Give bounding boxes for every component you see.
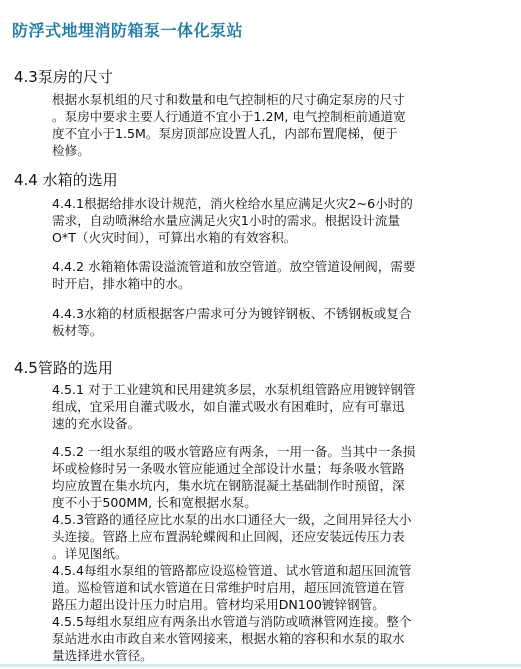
paragraph-line: 4.4.1根据给排水设计规范，消火栓给水星应满足火灾2~6小时的 [52,195,500,212]
section-heading-4-5: 4.5管路的选用 [14,357,113,378]
paragraph-4-5-1: 4.5.1 对于工业建筑和民用建筑多层，水泵机组管路应用镀锌钢管 组成，宜采用自… [52,381,500,432]
paragraph-line: 度不小于500MM, 长和宽根据水泵。 [52,494,500,511]
paragraph-line: 时开启，排水箱中的水。 [52,275,500,292]
paragraph-4-4-2: 4.4.2 水箱箱体需设溢流管道和放空管道。放空管道设闸阀，需要 时开启，排水箱… [52,258,500,292]
paragraph-4-5-4: 4.5.4每组水泵组的管路都应设巡检管道、试水管道和超压回流管 道。巡检管道和试… [52,562,500,613]
paragraph-line: 道。巡检管道和试水管道在日常维护时启用，超压回流管道在管 [52,579,500,596]
paragraph-line: 4.4.2 水箱箱体需设溢流管道和放空管道。放空管道设闸阀，需要 [52,258,500,275]
paragraph-4-5-5: 4.5.5每组水泵组应有两条出水管道与消防或喷淋管网连接。整个 泵站进水由市政自… [52,613,500,664]
paragraph-line: 4.5.4每组水泵组的管路都应设巡检管道、试水管道和超压回流管 [52,562,500,579]
paragraph-4-4-1: 4.4.1根据给排水设计规范，消火栓给水星应满足火灾2~6小时的 需求，自动喷淋… [52,195,500,246]
paragraph-4-5-2: 4.5.2 一组水泵组的吸水管路应有两条，一用一备。当其中一条损 坏或检修时另一… [52,443,500,511]
page-title: 防浮式地埋消防箱泵一体化泵站 [12,18,243,41]
paragraph-line: 板材等。 [52,322,500,339]
paragraph-line: 均应放置在集水坑内，集水坑在钢筋混凝土基础制作时预留，深 [52,477,500,494]
paragraph-4-3: 根据水泵机组的尺寸和数量和电气控制柜的尺寸确定泵房的尺寸 。泵房中要求主要人行通… [52,91,500,159]
paragraph-line: 4.5.1 对于工业建筑和民用建筑多层，水泵机组管路应用镀锌钢管 [52,381,500,398]
section-heading-4-4: 4.4 水箱的选用 [14,169,118,190]
paragraph-line: 。泵房中要求主要人行通道不宜小于1.2M, 电气控制柜前通道宽 [52,108,500,125]
paragraph-line: 。详见图纸。 [52,545,500,562]
paragraph-4-4-3: 4.4.3水箱的材质根据客户需求可分为镀锌钢板、不锈钢板或复合 板材等。 [52,305,500,339]
paragraph-line: 需求，自动喷淋给水量应满足火灾1小时的需求。根据设计流量 [52,212,500,229]
paragraph-line: 根据水泵机组的尺寸和数量和电气控制柜的尺寸确定泵房的尺寸 [52,91,500,108]
paragraph-line: 泵站进水由市政自来水管网接来，根据水箱的容积和水泵的取水 [52,630,500,647]
paragraph-line: 4.5.3管路的通径应比水泵的出水口通径大一级，之间用异径大小 [52,511,500,528]
paragraph-line: 4.4.3水箱的材质根据客户需求可分为镀锌钢板、不锈钢板或复合 [52,305,500,322]
paragraph-line: 路压力超出设计压力时启用。管材均采用DN100镀锌钢管。 [52,596,500,613]
paragraph-line: 4.5.2 一组水泵组的吸水管路应有两条，一用一备。当其中一条损 [52,443,500,460]
section-heading-4-3: 4.3泵房的尺寸 [14,66,113,87]
paragraph-line: 量选择进水管径。 [52,647,500,664]
bottom-divider [0,664,521,667]
paragraph-line: 度不宜小于1.5M。泵房顶部应设置人孔，内部布置爬梯，便于 [52,125,500,142]
paragraph-line: 组成，宜采用自灌式吸水，如自灌式吸水有困难时，应有可靠迅 [52,398,500,415]
paragraph-line: 坏或检修时另一条吸水管应能通过全部设计水量；每条吸水管路 [52,460,500,477]
paragraph-line: 4.5.5每组水泵组应有两条出水管道与消防或喷淋管网连接。整个 [52,613,500,630]
paragraph-line: O*T（火灾时间），可算出水箱的有效容积。 [52,229,500,246]
paragraph-line: 头连接。管路上应布置涡轮蝶阀和止回阀，还应安装远传压力表 [52,528,500,545]
paragraph-line: 检修。 [52,142,500,159]
paragraph-4-5-3: 4.5.3管路的通径应比水泵的出水口通径大一级，之间用异径大小 头连接。管路上应… [52,511,500,562]
paragraph-line: 速的充水设备。 [52,415,500,432]
